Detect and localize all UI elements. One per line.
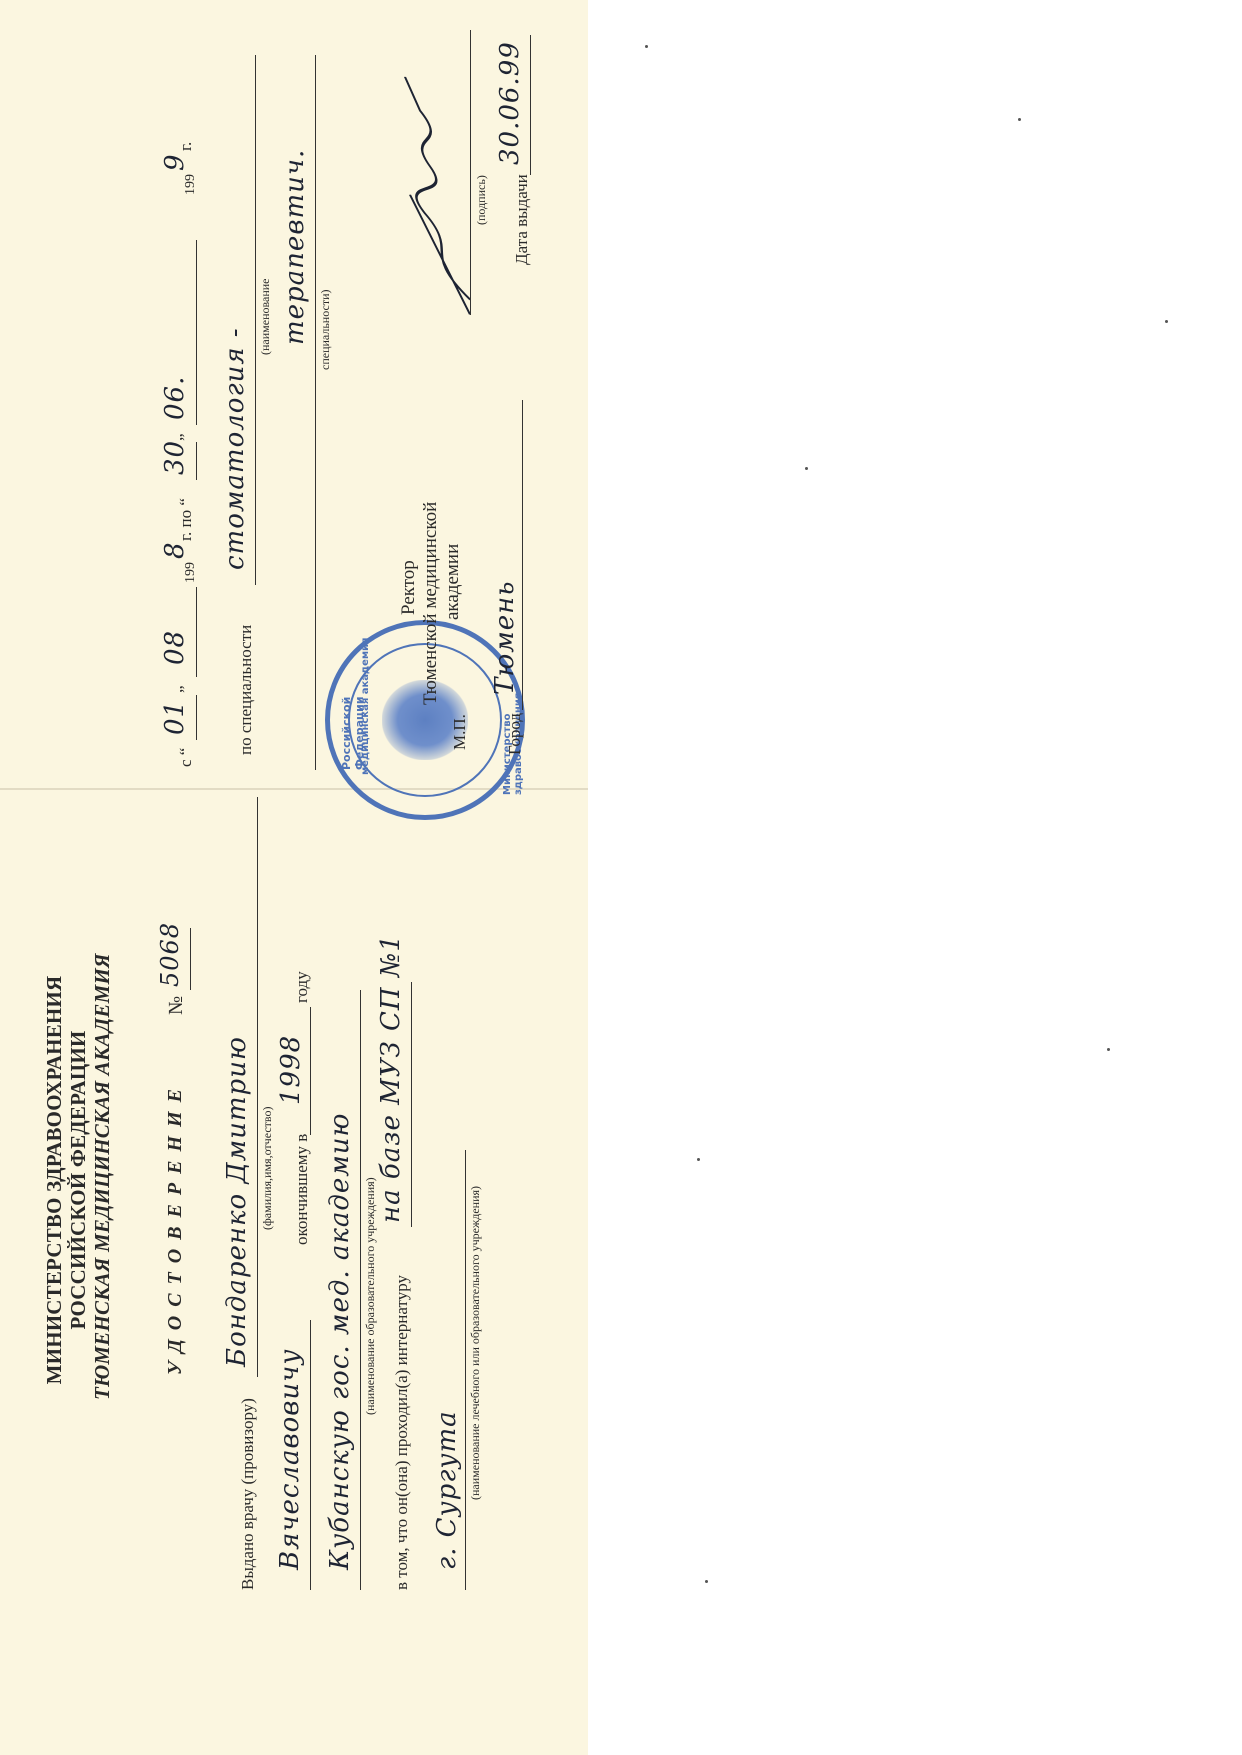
- mp-label: М.П.: [450, 714, 470, 750]
- issue-date-value: 30.06.99: [495, 41, 525, 165]
- recipient-patronymic: Вячеславовичу: [275, 1349, 305, 1570]
- specialty-hint-bottom: специальности): [318, 289, 333, 370]
- from-year-suffix: г. по “: [176, 498, 196, 541]
- signature-scribble-icon: [400, 59, 480, 325]
- dust-speck: [805, 467, 808, 470]
- rector-org-line2: академии: [442, 544, 464, 620]
- specialty-underline: [255, 55, 256, 585]
- city-underline: [522, 400, 523, 710]
- issued-to-label: Выдано врачу (провизору): [238, 1398, 258, 1590]
- institution-underline: [360, 990, 361, 1590]
- patronymic-underline: [310, 1320, 311, 1590]
- graduated-suffix: году: [292, 971, 312, 1003]
- period-prefix: с “: [176, 748, 196, 767]
- period-from-month: 08: [160, 630, 190, 665]
- recipient-name: Бондаренко Дмитрию: [222, 1036, 252, 1367]
- from-day-underline: [196, 695, 197, 740]
- internship-hint: (наименование лечебного или образователь…: [468, 1186, 483, 1500]
- graduated-label: окончившему в: [292, 1134, 312, 1245]
- from-month-underline: [196, 587, 197, 677]
- rector-org-line1: Тюменской медицинской: [420, 502, 442, 705]
- specialty-line2-underline: [315, 55, 316, 770]
- period-to-year: 9: [160, 153, 190, 171]
- internship-underline: [411, 982, 412, 1227]
- graduation-year: 1998: [276, 1035, 306, 1105]
- certificate-document: МИНИСТЕРСТВО ЗДРАВООХРАНЕНИЯ РОССИЙСКОЙ …: [0, 0, 588, 1755]
- internship-city-underline: [465, 1150, 466, 1590]
- to-year-prefix: 199: [183, 174, 199, 195]
- to-sep: ”: [176, 433, 196, 441]
- internship-city: г. Сургута: [432, 1410, 462, 1570]
- header-ministry: МИНИСТЕРСТВО ЗДРАВООХРАНЕНИЯ: [42, 960, 67, 1400]
- dust-speck: [697, 1158, 700, 1161]
- city-label: Город: [505, 713, 525, 755]
- signature-underline: [470, 30, 471, 315]
- rector-title: Ректор: [398, 560, 420, 615]
- to-day-underline: [196, 442, 197, 480]
- name-underline: [257, 797, 258, 1377]
- specialty-label: по специальности: [236, 625, 256, 755]
- number-underline: [190, 928, 191, 990]
- document-title: УДОСТОВЕРЕНИЕ: [164, 1080, 187, 1375]
- internship-place: на базе МУЗ СП №1: [376, 934, 406, 1223]
- specialty-name: стоматология -: [220, 327, 250, 570]
- year-underline: [310, 1007, 311, 1135]
- fold-line: [0, 788, 588, 790]
- header-academy: ТЮМЕНСКАЯ МЕДИЦИНСКАЯ АКАДЕМИЯ: [90, 960, 115, 1400]
- institution-name: Кубанскую гос. мед. академию: [325, 1113, 355, 1570]
- specialty-name-line2: терапевтич.: [280, 149, 310, 345]
- signature-hint: (подпись): [474, 175, 489, 225]
- period-to-month: 06.: [160, 376, 190, 420]
- dust-speck: [1107, 1048, 1110, 1051]
- number-label: №: [165, 996, 188, 1015]
- specialty-hint-top: (наименование: [258, 278, 273, 355]
- from-sep: ”: [176, 685, 196, 693]
- rector-signature: [425, 73, 465, 316]
- header-federation: РОССИЙСКОЙ ФЕДЕРАЦИИ: [66, 960, 91, 1400]
- dust-speck: [1165, 320, 1168, 323]
- dust-speck: [1018, 118, 1021, 121]
- dust-speck: [705, 1580, 708, 1583]
- internship-label: в том, что он(она) проходил(а) интернату…: [392, 1275, 412, 1590]
- city-value: Тюмень: [490, 581, 520, 695]
- issue-date-label: Дата выдачи: [512, 174, 532, 265]
- from-year-prefix: 199: [183, 562, 199, 583]
- issue-date-underline: [530, 35, 531, 175]
- certificate-number: 5068: [156, 922, 184, 987]
- period-from-day: 01: [160, 700, 190, 735]
- period-from-year: 8: [160, 541, 190, 559]
- period-to-day: 30: [160, 440, 190, 475]
- stamp-text-mid: медицинская академия: [360, 638, 371, 775]
- name-hint: (фамилия,имя,отчество): [260, 1107, 275, 1230]
- to-month-underline: [196, 240, 197, 425]
- dust-speck: [645, 45, 648, 48]
- to-year-suffix: г.: [176, 142, 196, 151]
